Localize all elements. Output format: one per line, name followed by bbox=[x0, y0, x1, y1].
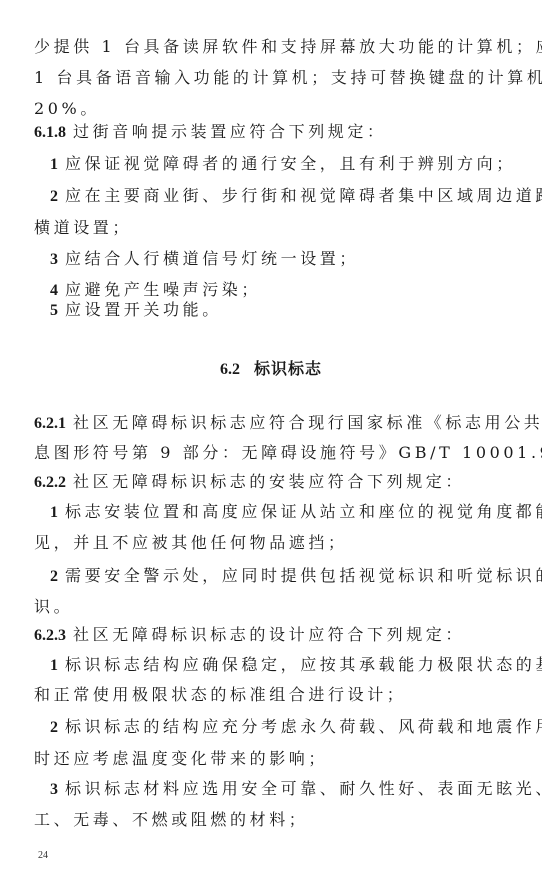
body-text-line: 1 台具备语音输入功能的计算机；支持可替换键盘的计算机不应少于 bbox=[34, 68, 508, 88]
item-text: 应在主要商业街、步行街和视觉障碍者集中区域周边道路的人行 bbox=[65, 186, 542, 205]
clause-number: 6.2.1 bbox=[34, 415, 66, 432]
page-number: 24 bbox=[38, 850, 48, 861]
list-item: 1标识标志结构应确保稳定，应按其承载能力极限状态的基本组合 bbox=[50, 655, 524, 676]
clause-text: 社区无障碍标识标志的安装应符合下列规定： bbox=[73, 472, 465, 491]
list-item: 4应避免产生噪声污染； bbox=[50, 280, 524, 301]
item-number: 2 bbox=[50, 188, 58, 205]
clause-continuation: 息图形符号第 9 部分：无障碍设施符号》GB/T 10001.9 的规定。 bbox=[34, 443, 508, 463]
item-text: 标识标志的结构应充分考虑永久荷载、风荷载和地震作用，必要 bbox=[65, 717, 542, 736]
item-text: 标志安装位置和高度应保证从站立和座位的视觉角度都能够看 bbox=[65, 502, 542, 521]
clause-text: 社区无障碍标识标志的设计应符合下列规定： bbox=[73, 625, 465, 644]
clause-number: 6.1.8 bbox=[34, 124, 66, 141]
list-item: 3应结合人行横道信号灯统一设置； bbox=[50, 249, 524, 270]
clause-number: 6.2.3 bbox=[34, 627, 66, 644]
section-title: 标识标志 bbox=[254, 359, 322, 378]
item-number: 5 bbox=[50, 302, 58, 319]
list-item: 1应保证视觉障碍者的通行安全，且有利于辨别方向； bbox=[50, 154, 524, 175]
clause-6-2-2: 6.2.2社区无障碍标识标志的安装应符合下列规定： bbox=[34, 472, 508, 493]
item-text: 标识标志材料应选用安全可靠、耐久性好、表面无眩光、易于加 bbox=[65, 779, 542, 798]
list-item: 2标识标志的结构应充分考虑永久荷载、风荷载和地震作用，必要 bbox=[50, 717, 524, 738]
list-item: 2应在主要商业街、步行街和视觉障碍者集中区域周边道路的人行 bbox=[50, 186, 524, 207]
item-text: 应结合人行横道信号灯统一设置； bbox=[65, 249, 359, 268]
item-text: 应保证视觉障碍者的通行安全，且有利于辨别方向； bbox=[65, 154, 516, 173]
item-number: 2 bbox=[50, 568, 58, 585]
item-number: 1 bbox=[50, 504, 58, 521]
item-text: 应避免产生噪声污染； bbox=[65, 280, 261, 299]
item-text: 标识标志结构应确保稳定，应按其承载能力极限状态的基本组合 bbox=[65, 655, 542, 674]
item-number: 1 bbox=[50, 657, 58, 674]
list-item-continuation: 识。 bbox=[34, 597, 508, 617]
list-item: 5应设置开关功能。 bbox=[50, 300, 524, 321]
clause-6-2-1: 6.2.1社区无障碍标识标志应符合现行国家标准《标志用公共信 bbox=[34, 413, 508, 434]
list-item-continuation: 时还应考虑温度变化带来的影响； bbox=[34, 749, 508, 769]
list-item-continuation: 见，并且不应被其他任何物品遮挡； bbox=[34, 533, 508, 553]
list-item: 1标志安装位置和高度应保证从站立和座位的视觉角度都能够看 bbox=[50, 502, 524, 523]
item-number: 1 bbox=[50, 156, 58, 173]
item-number: 2 bbox=[50, 719, 58, 736]
clause-number: 6.2.2 bbox=[34, 474, 66, 491]
item-text: 应设置开关功能。 bbox=[65, 300, 222, 319]
body-text-line: 少提供 1 台具备读屏软件和支持屏幕放大功能的计算机；应至少提供 bbox=[34, 37, 508, 57]
clause-text: 过街音响提示装置应符合下列规定： bbox=[73, 122, 387, 141]
document-page: 少提供 1 台具备读屏软件和支持屏幕放大功能的计算机；应至少提供 1 台具备语音… bbox=[0, 0, 542, 884]
section-number: 6.2 bbox=[220, 361, 240, 378]
body-text-line: 20%。 bbox=[34, 99, 508, 119]
item-number: 3 bbox=[50, 251, 58, 268]
clause-6-2-3: 6.2.3社区无障碍标识标志的设计应符合下列规定： bbox=[34, 625, 508, 646]
list-item-continuation: 工、无毒、不燃或阻燃的材料； bbox=[34, 810, 508, 830]
clause-text: 社区无障碍标识标志应符合现行国家标准《标志用公共信 bbox=[73, 413, 542, 432]
item-number: 4 bbox=[50, 282, 58, 299]
item-text: 需要安全警示处，应同时提供包括视觉标识和听觉标识的警示标 bbox=[65, 566, 542, 585]
list-item: 3标识标志材料应选用安全可靠、耐久性好、表面无眩光、易于加 bbox=[50, 779, 524, 800]
clause-6-1-8: 6.1.8过街音响提示装置应符合下列规定： bbox=[34, 122, 508, 143]
list-item-continuation: 和正常使用极限状态的标准组合进行设计； bbox=[34, 685, 508, 705]
item-number: 3 bbox=[50, 781, 58, 798]
list-item: 2需要安全警示处，应同时提供包括视觉标识和听觉标识的警示标 bbox=[50, 566, 524, 587]
section-heading: 6.2标识标志 bbox=[0, 359, 542, 380]
list-item-continuation: 横道设置； bbox=[34, 218, 508, 238]
